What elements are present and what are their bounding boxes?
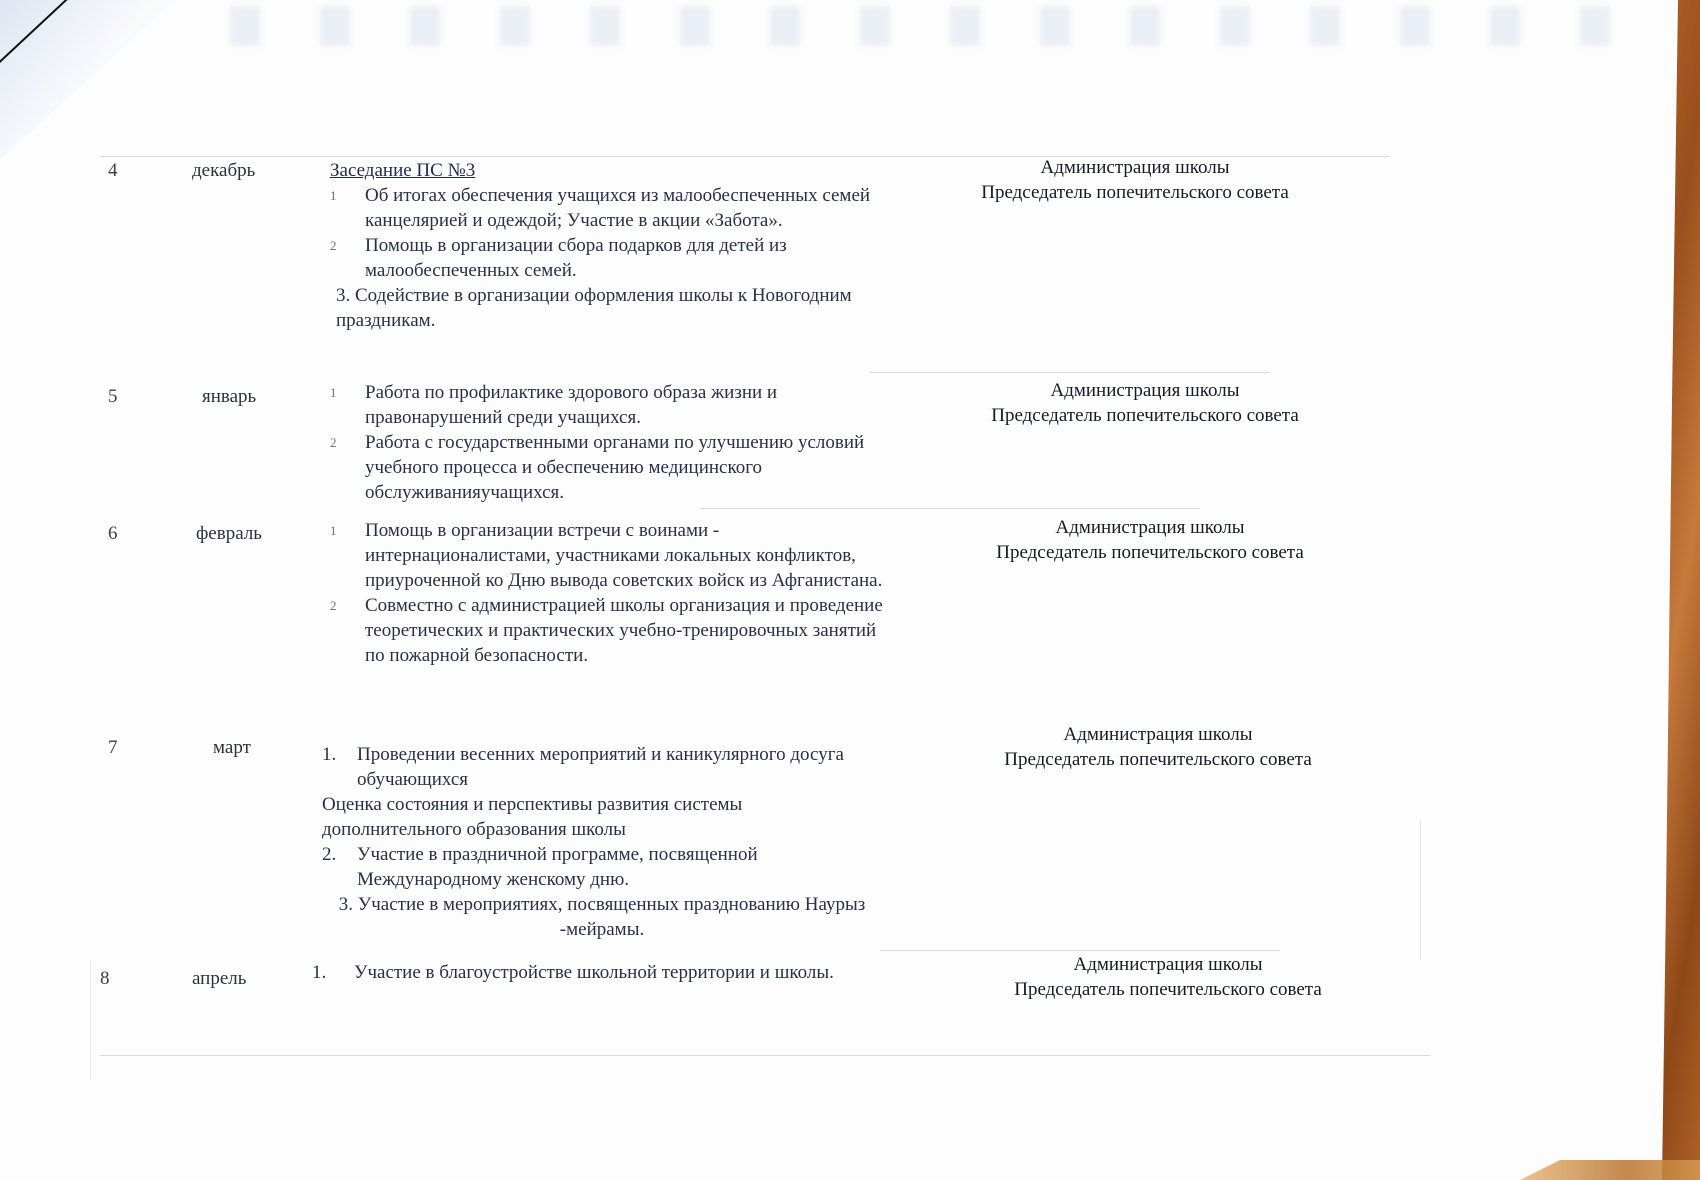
wooden-table-corner	[1520, 1160, 1700, 1180]
list-item: 1Об итогах обеспечения учащихся из малоо…	[330, 183, 890, 233]
wooden-table-edge	[1640, 0, 1700, 1180]
row-number: 5	[108, 386, 118, 408]
table-border-right	[1420, 820, 1421, 960]
bleed-through-text	[230, 6, 1630, 46]
row-responsible: Администрация школы Председатель попечит…	[958, 722, 1358, 772]
list-item: 1.Участие в благоустройстве школьной тер…	[312, 960, 872, 985]
meeting-title: Заседание ПС №3	[330, 158, 890, 183]
list-item: 2Помощь в организации сбора подарков для…	[330, 233, 890, 283]
list-item: 1Помощь в организации встречи с воинами …	[330, 518, 885, 593]
row-month: февраль	[196, 523, 262, 545]
row-divider	[870, 372, 1270, 373]
row-activities: Заседание ПС №3 1Об итогах обеспечения у…	[330, 158, 890, 333]
row-responsible: Администрация школы Председатель попечит…	[950, 515, 1350, 565]
list-item: 1.Проведении весенних мероприятий и кани…	[322, 742, 882, 792]
page-corner-shadow	[0, 0, 175, 160]
row-divider	[880, 950, 1280, 951]
row-activities: 1Работа по профилактике здорового образа…	[330, 380, 875, 505]
list-item: 2.Участие в праздничной программе, посвя…	[322, 842, 882, 892]
table-border-left	[90, 960, 91, 1080]
row-number: 8	[100, 968, 110, 990]
row-activities: 1.Участие в благоустройстве школьной тер…	[312, 960, 872, 985]
row-responsible: Администрация школы Председатель попечит…	[945, 378, 1345, 428]
table-border-bottom	[100, 1055, 1430, 1056]
list-item: 3. Участие в мероприятиях, посвященных п…	[322, 892, 882, 942]
list-item: 2Совместно с администрацией школы органи…	[330, 593, 885, 668]
row-month: январь	[202, 386, 256, 408]
row-divider	[700, 508, 1200, 509]
row-activities: 1.Проведении весенних мероприятий и кани…	[322, 742, 882, 942]
list-item: 3. Содействие в организации оформления ш…	[330, 283, 890, 333]
row-number: 7	[108, 737, 118, 759]
row-number: 6	[108, 523, 118, 545]
row-responsible: Администрация школы Председатель попечит…	[935, 155, 1335, 205]
row-month: декабрь	[192, 160, 255, 182]
list-item: Оценка состояния и перспективы развития …	[322, 792, 882, 842]
row-activities: 1Помощь в организации встречи с воинами …	[330, 518, 885, 668]
row-month: март	[213, 737, 251, 759]
list-item: 1Работа по профилактике здорового образа…	[330, 380, 875, 430]
row-responsible: Администрация школы Председатель попечит…	[968, 952, 1368, 1002]
list-item: 2Работа с государственными органами по у…	[330, 430, 875, 505]
row-month: апрель	[192, 968, 246, 990]
row-number: 4	[108, 160, 118, 182]
